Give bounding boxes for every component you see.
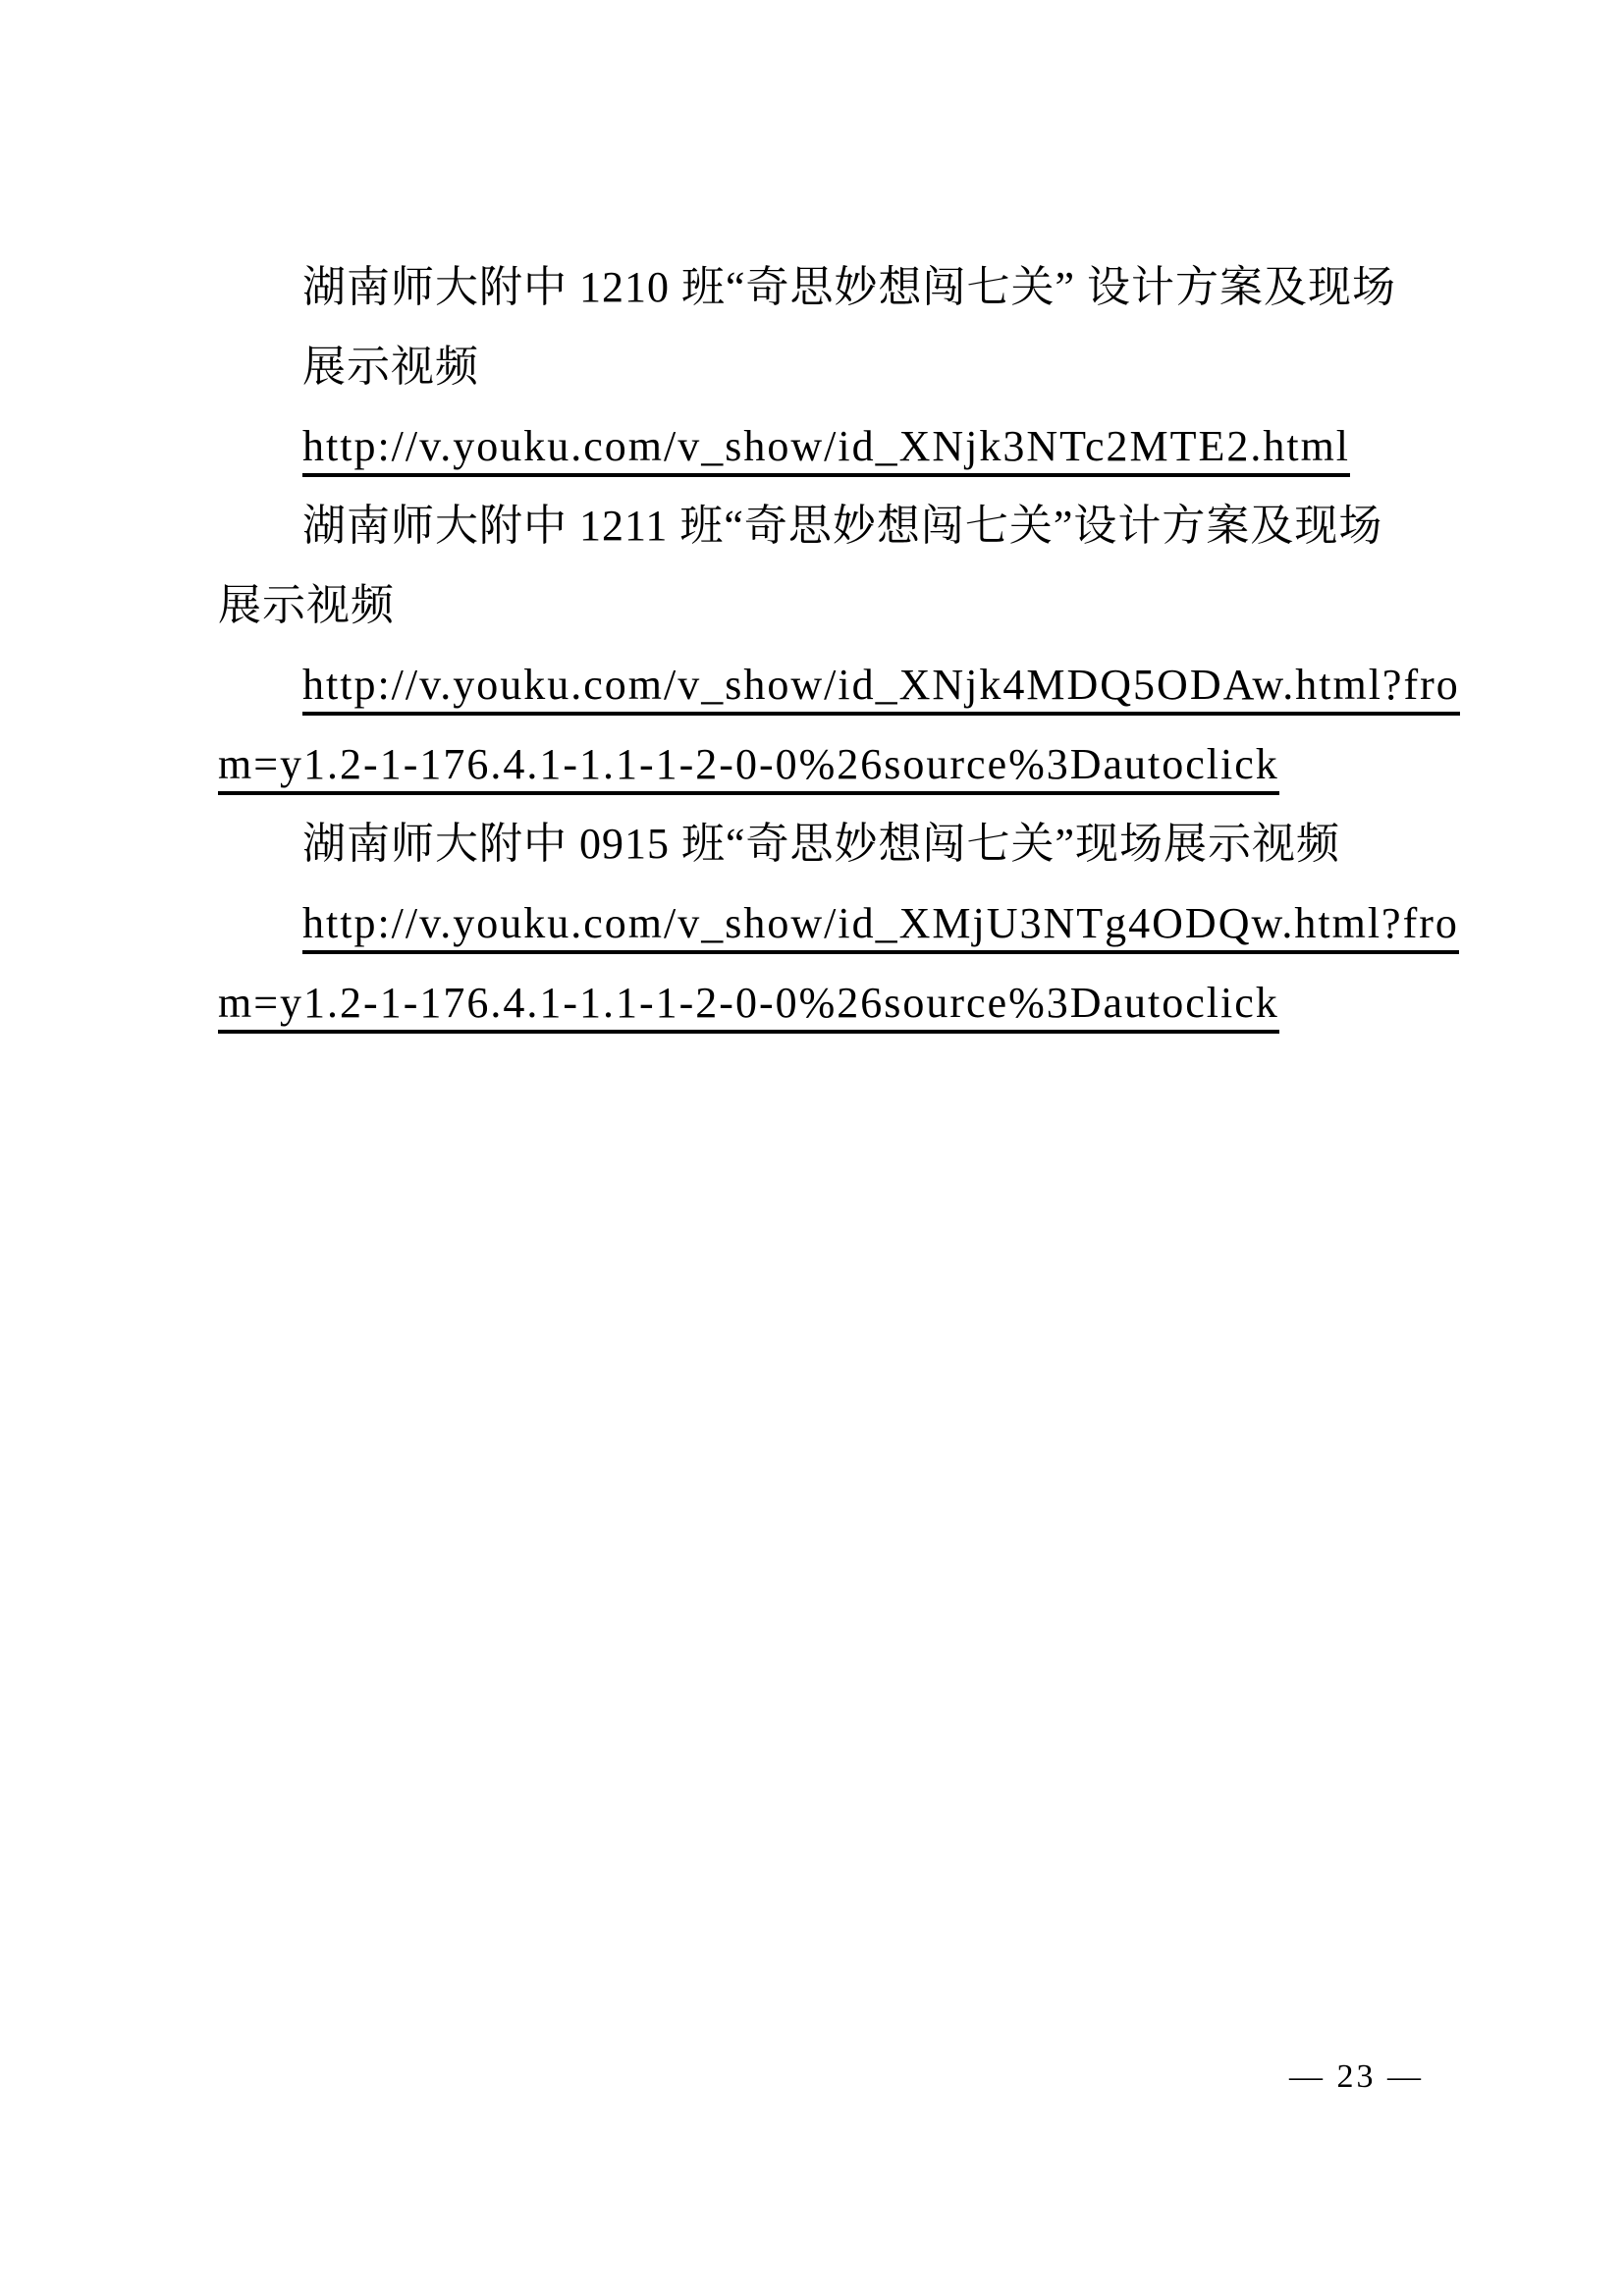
url-line: http://v.youku.com/v_show/id_XMjU3NTg4OD… [218, 883, 1445, 963]
url-line: m=y1.2-1-176.4.1-1.1-1-2-0-0%26source%3D… [218, 963, 1445, 1042]
paragraph-line: 湖南师大附中 1210 班“奇思妙想闯七关” 设计方案及现场 [218, 247, 1445, 327]
youku-video-link-3-part-1[interactable]: http://v.youku.com/v_show/id_XMjU3NTg4OD… [302, 899, 1459, 954]
youku-video-link-3-part-2[interactable]: m=y1.2-1-176.4.1-1.1-1-2-0-0%26source%3D… [218, 979, 1279, 1034]
document-body: 湖南师大附中 1210 班“奇思妙想闯七关” 设计方案及现场 展示视频 http… [218, 247, 1445, 1042]
paragraph-line: 湖南师大附中 0915 班“奇思妙想闯七关”现场展示视频 [218, 804, 1445, 883]
paragraph-line: 展示视频 [218, 565, 1445, 645]
url-line: m=y1.2-1-176.4.1-1.1-1-2-0-0%26source%3D… [218, 724, 1445, 804]
youku-video-link-2-part-1[interactable]: http://v.youku.com/v_show/id_XNjk4MDQ5OD… [302, 661, 1460, 716]
paragraph-line: 湖南师大附中 1211 班“奇思妙想闯七关”设计方案及现场 [218, 486, 1445, 565]
document-page: 湖南师大附中 1210 班“奇思妙想闯七关” 设计方案及现场 展示视频 http… [0, 0, 1624, 2296]
page-number: — 23 — [1289, 2057, 1424, 2097]
paragraph-text: 湖南师大附中 1210 班“奇思妙想闯七关” 设计方案及现场 [302, 263, 1396, 311]
youku-video-link-1[interactable]: http://v.youku.com/v_show/id_XNjk3NTc2MT… [302, 422, 1350, 477]
paragraph-text: 展示视频 [218, 581, 395, 629]
paragraph-text: 湖南师大附中 1211 班“奇思妙想闯七关”设计方案及现场 [302, 502, 1382, 550]
url-line: http://v.youku.com/v_show/id_XNjk3NTc2MT… [218, 406, 1445, 486]
youku-video-link-2-part-2[interactable]: m=y1.2-1-176.4.1-1.1-1-2-0-0%26source%3D… [218, 740, 1279, 795]
paragraph-text: 湖南师大附中 0915 班“奇思妙想闯七关”现场展示视频 [302, 820, 1340, 868]
paragraph-line: 展示视频 [218, 327, 1445, 406]
url-line: http://v.youku.com/v_show/id_XNjk4MDQ5OD… [218, 645, 1445, 724]
paragraph-text: 展示视频 [302, 343, 479, 391]
